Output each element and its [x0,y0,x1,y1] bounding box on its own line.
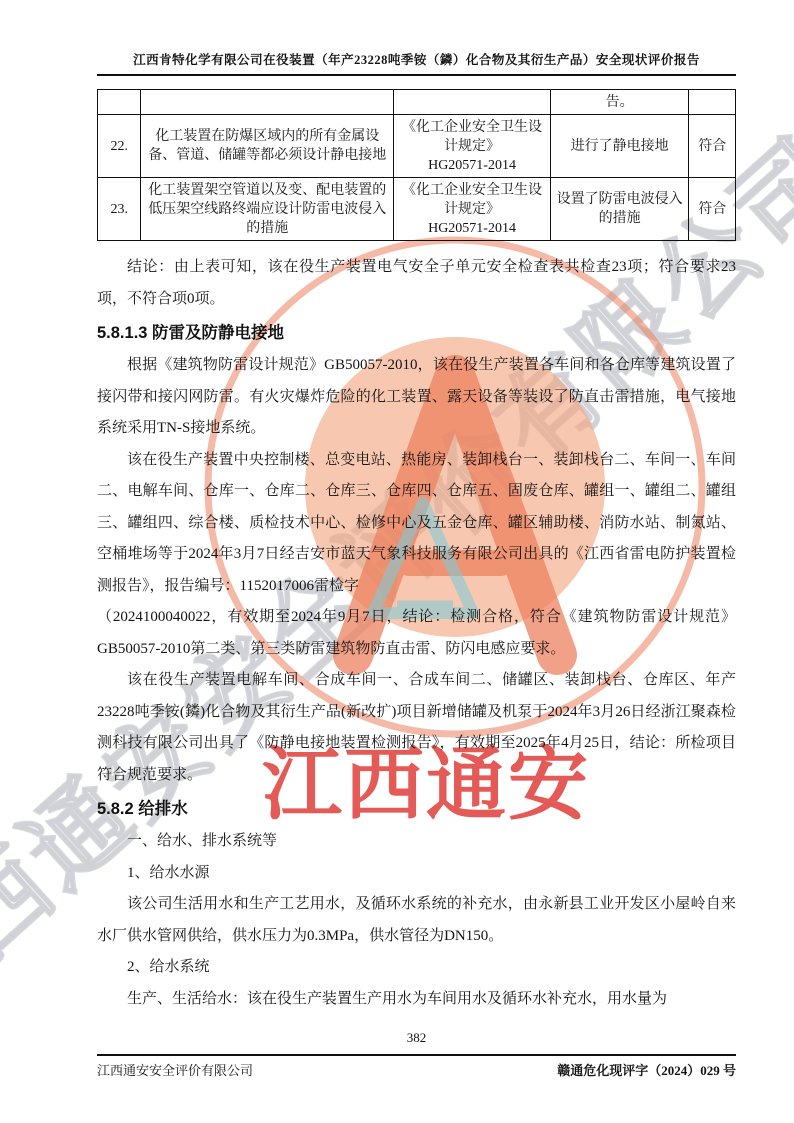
page-content: 江西肯特化学有限公司在役装置（年产23228吨季铵（鏻）化合物及其衍生产品）安全… [97,0,736,1015]
cell-actual: 告。 [550,90,689,115]
table-row-22: 22. 化工装置在防爆区域内的所有金属设备、管道、储罐等都必须设计静电接地 《化… [98,115,736,178]
section-heading-582: 5.8.2 给排水 [97,796,736,823]
table-row-23: 23. 化工装置架空管道以及变、配电装置的低压架空线路终端应设计防雷电波侵入的措… [98,178,736,241]
report-page: 江西通安安全评价有限公司 江西通安 江西肯特化学有限公司在役装置（年产23228… [0,0,794,1123]
paragraph-conclusion: 结论：由上表可知，该在役生产装置电气安全子单元安全检查表共检查23项；符合要求2… [97,252,736,315]
footer-company-name: 江西通安安全评价有限公司 [97,1062,253,1080]
cell-actual: 进行了静电接地 [550,115,689,178]
cell-no [98,90,141,115]
cell-no: 22. [98,115,141,178]
cell-basis: 《化工企业安全卫生设计规定》 HG20571-2014 [394,178,551,241]
cell-actual: 设置了防雷电波侵入的措施 [550,178,689,241]
footer-rule [97,1054,736,1056]
line-water-systems: 一、给水、排水系统等 [97,826,736,858]
header-title: 江西肯特化学有限公司在役装置（年产23228吨季铵（鏻）化合物及其衍生产品）安全… [97,0,736,69]
paragraph-lightning-design: 根据《建筑物防雷设计规范》GB50057-2010，该在役生产装置各车间和各仓库… [97,350,736,445]
paragraph-production-water: 生产、生活给水：该在役生产装置生产用水为车间用水及循环水补充水，用水量为 [97,984,736,1016]
page-footer: 382 江西通安安全评价有限公司 赣通危化现评字（2024）029 号 [97,1030,736,1080]
cell-item: 化工装置在防爆区域内的所有金属设备、管道、储罐等都必须设计静电接地 [141,115,394,178]
paragraph-lightning-report: 该在役生产装置中央控制楼、总变电站、热能房、装卸栈台一、装卸栈台二、车间一、车间… [97,445,736,666]
cell-conclusion: 符合 [689,115,736,178]
cell-conclusion: 符合 [689,178,736,241]
cell-item [141,90,394,115]
line-supply-system: 2、给水系统 [97,952,736,984]
section-heading-5813: 5.8.1.3 防雷及防静电接地 [97,320,736,347]
table-row-carryover: 告。 [98,90,736,115]
paragraph-water-supply: 该公司生活用水和生产工艺用水，及循环水系统的补充水，由永新县工业开发区小屋岭自来… [97,889,736,952]
safety-checklist-table: 告。 22. 化工装置在防爆区域内的所有金属设备、管道、储罐等都必须设计静电接地… [97,89,736,241]
body-text-block: 结论：由上表可知，该在役生产装置电气安全子单元安全检查表共检查23项；符合要求2… [97,252,736,1015]
cell-no: 23. [98,178,141,241]
cell-basis: 《化工企业安全卫生设计规定》 HG20571-2014 [394,115,551,178]
header-rule [97,74,736,76]
line-water-source: 1、给水水源 [97,858,736,890]
footer-doc-number: 赣通危化现评字（2024）029 号 [557,1062,736,1080]
paragraph-static-report: 该在役生产装置电解车间、合成车间一、合成车间二、储罐区、装卸栈台、仓库区、年产2… [97,665,736,791]
cell-item: 化工装置架空管道以及变、配电装置的低压架空线路终端应设计防雷电波侵入的措施 [141,178,394,241]
footer-page-number: 382 [97,1030,736,1046]
cell-conclusion [689,90,736,115]
cell-basis [394,90,551,115]
